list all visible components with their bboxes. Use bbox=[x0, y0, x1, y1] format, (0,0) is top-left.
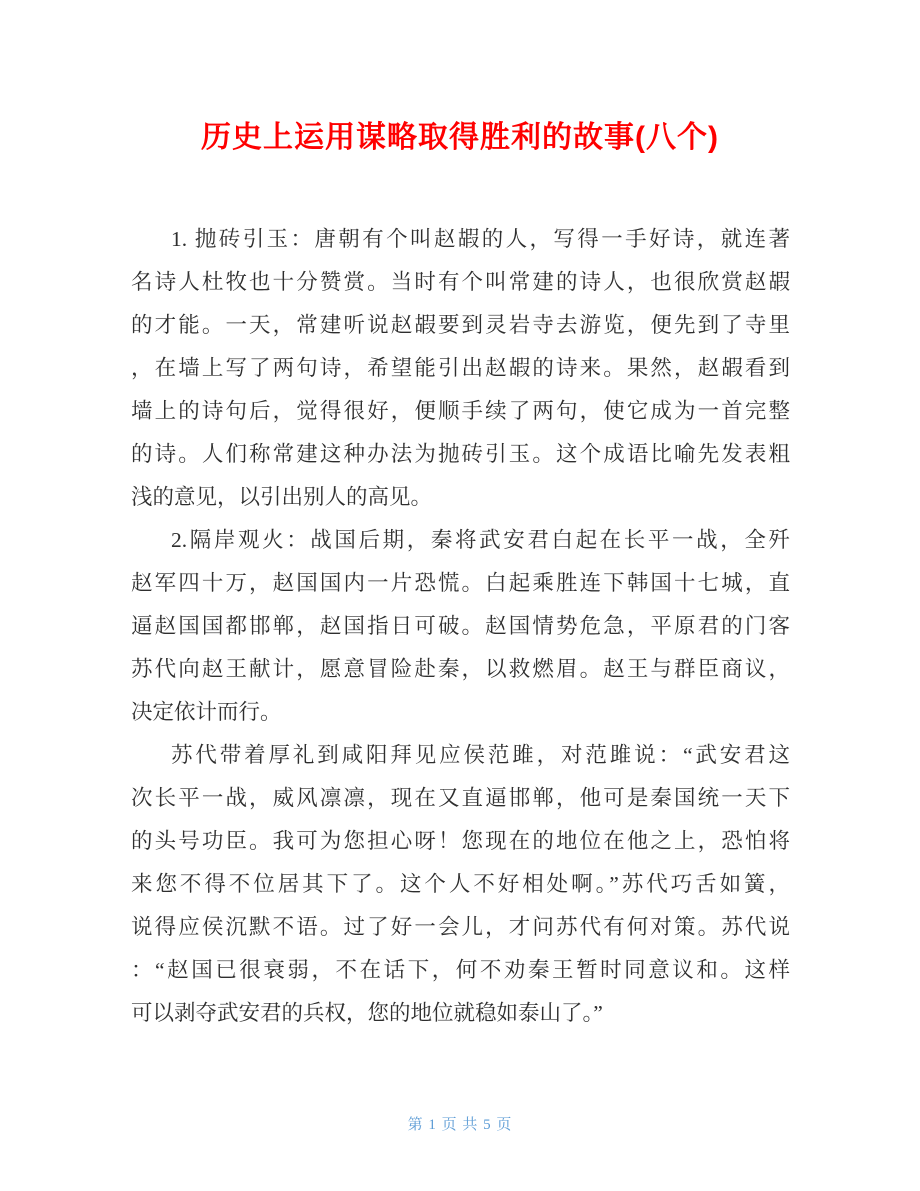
text-line: 逼赵国国都邯郸，赵国指日可破。赵国情势危急，平原君的门客 bbox=[131, 605, 790, 648]
text-line: 赵军四十万，赵国国内一片恐慌。白起乘胜连下韩国十七城，直 bbox=[131, 562, 790, 605]
paragraph: 2.隔岸观火：战国后期，秦将武安君白起在长平一战，全歼赵军四十万，赵国国内一片恐… bbox=[131, 519, 790, 734]
text-line: ：“赵国已很衰弱，不在话下，何不劝秦王暂时同意议和。这样 bbox=[131, 949, 790, 992]
text-line: 次长平一战，威风凛凛，现在又直逼邯郸，他可是秦国统一天下 bbox=[131, 777, 790, 820]
paragraph: 1. 抛砖引玉：唐朝有个叫赵嘏的人，写得一手好诗，就连著名诗人杜牧也十分赞赏。当… bbox=[131, 218, 790, 519]
document-title: 历史上运用谋略取得胜利的故事(八个) bbox=[0, 112, 920, 156]
text-line: 决定依计而行。 bbox=[131, 691, 790, 734]
text-line: 2.隔岸观火：战国后期，秦将武安君白起在长平一战，全歼 bbox=[131, 519, 790, 562]
page-number-text: 第 1 页 共 5 页 bbox=[408, 1117, 513, 1133]
text-line: ，在墙上写了两句诗，希望能引出赵嘏的诗来。果然，赵嘏看到 bbox=[131, 347, 790, 390]
text-line: 浅的意见，以引出别人的高见。 bbox=[131, 476, 790, 519]
text-line: 苏代带着厚礼到咸阳拜见应侯范雎，对范雎说：“武安君这 bbox=[131, 734, 790, 777]
paragraph: 苏代带着厚礼到咸阳拜见应侯范雎，对范雎说：“武安君这次长平一战，威风凛凛，现在又… bbox=[131, 734, 790, 1035]
text-line: 苏代向赵王献计，愿意冒险赴秦，以救燃眉。赵王与群臣商议， bbox=[131, 648, 790, 691]
text-line: 的才能。一天，常建听说赵嘏要到灵岩寺去游览，便先到了寺里 bbox=[131, 304, 790, 347]
text-line: 来您不得不位居其下了。这个人不好相处啊。”苏代巧舌如簧， bbox=[131, 863, 790, 906]
text-line: 名诗人杜牧也十分赞赏。当时有个叫常建的诗人，也很欣赏赵嘏 bbox=[131, 261, 790, 304]
document-page: 历史上运用谋略取得胜利的故事(八个) 1. 抛砖引玉：唐朝有个叫赵嘏的人，写得一… bbox=[0, 0, 920, 1191]
document-body: 1. 抛砖引玉：唐朝有个叫赵嘏的人，写得一手好诗，就连著名诗人杜牧也十分赞赏。当… bbox=[131, 218, 790, 1035]
text-line: 的头号功臣。我可为您担心呀！您现在的地位在他之上，恐怕将 bbox=[131, 820, 790, 863]
text-line: 的诗。人们称常建这种办法为抛砖引玉。这个成语比喻先发表粗 bbox=[131, 433, 790, 476]
text-line: 说得应侯沉默不语。过了好一会儿，才问苏代有何对策。苏代说 bbox=[131, 906, 790, 949]
text-line: 1. 抛砖引玉：唐朝有个叫赵嘏的人，写得一手好诗，就连著 bbox=[131, 218, 790, 261]
text-line: 墙上的诗句后，觉得很好，便顺手续了两句，使它成为一首完整 bbox=[131, 390, 790, 433]
page-footer: 第 1 页 共 5 页 bbox=[0, 1113, 920, 1134]
text-line: 可以剥夺武安君的兵权，您的地位就稳如泰山了。” bbox=[131, 992, 790, 1035]
